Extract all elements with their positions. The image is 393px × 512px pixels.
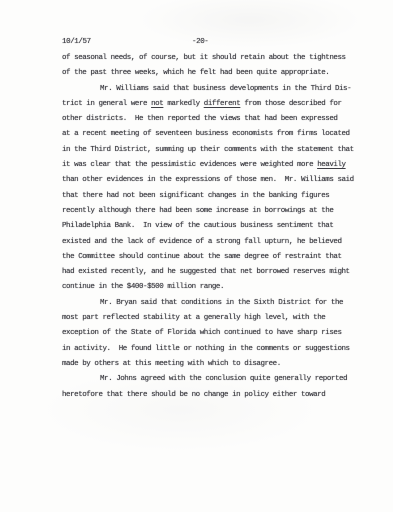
document-line: than other evidences in the expressions …	[62, 173, 362, 188]
line-text: than other evidences in the expressions …	[62, 176, 354, 184]
line-text: from those described for	[240, 100, 341, 108]
line-text: Mr. Johns agreed with the conclusion qui…	[100, 375, 347, 383]
document-line: in the Third District, summing up their …	[62, 143, 362, 158]
document-line: heretofore that there should be no chang…	[62, 388, 362, 403]
document-line: most part reflected stability at a gener…	[62, 311, 362, 326]
document-line: Mr. Williams said that business developm…	[62, 82, 362, 97]
document-line: at a recent meeting of seventeen busines…	[62, 127, 362, 142]
line-text: Philadelphia Bank. In view of the cautio…	[62, 222, 333, 230]
underlined-text: different	[204, 100, 240, 108]
line-text: that there had not been significant chan…	[62, 192, 329, 200]
line-text: the Committee should continue about the …	[62, 253, 342, 261]
line-text: existed and the lack of evidence of a st…	[62, 238, 342, 246]
line-text: Mr. Williams said that business developm…	[100, 85, 351, 93]
line-text: continue in the $400-$500 million range.	[62, 283, 224, 291]
document-line: existed and the lack of evidence of a st…	[62, 235, 362, 250]
document-line: it was clear that the pessimistic eviden…	[62, 158, 362, 173]
document-line: of seasonal needs, of course, but it sho…	[62, 51, 362, 66]
document-page: 10/1/57 -20- of seasonal needs, of cours…	[0, 0, 393, 512]
document-line: Philadelphia Bank. In view of the cautio…	[62, 219, 362, 234]
document-line: of the past three weeks, which he felt h…	[62, 66, 362, 81]
line-text: had existed recently, and he suggested t…	[62, 268, 350, 276]
document-line: continue in the $400-$500 million range.	[62, 280, 362, 295]
line-text: other districts. He then reported the vi…	[62, 115, 337, 123]
line-text: Mr. Bryan said that conditions in the Si…	[100, 299, 343, 307]
document-lines: of seasonal needs, of course, but it sho…	[62, 51, 362, 403]
document-line: made by others at this meeting with whic…	[62, 357, 362, 372]
line-text: it was clear that the pessimistic eviden…	[62, 161, 317, 169]
document-line: exception of the State of Florida which …	[62, 326, 362, 341]
line-text: exception of the State of Florida which …	[62, 329, 342, 337]
line-text: most part reflected stability at a gener…	[62, 314, 325, 322]
line-text: of seasonal needs, of course, but it sho…	[62, 54, 346, 62]
page-date: 10/1/57	[62, 38, 91, 46]
line-text: markedly	[163, 100, 204, 108]
line-text: of the past three weeks, which he felt h…	[62, 69, 329, 77]
document-line: trict in general were not markedly diffe…	[62, 97, 362, 112]
line-text: heretofore that there should be no chang…	[62, 391, 325, 399]
line-text: at a recent meeting of seventeen busines…	[62, 130, 350, 138]
underlined-text: not	[151, 100, 163, 108]
line-text: trict in general were	[62, 100, 151, 108]
document-line: that there had not been significant chan…	[62, 189, 362, 204]
line-text: recently although there had been some in…	[62, 207, 333, 215]
document-line: in activity. He found little or nothing …	[62, 342, 362, 357]
line-text: in activity. He found little or nothing …	[62, 345, 350, 353]
document-line: other districts. He then reported the vi…	[62, 112, 362, 127]
document-line: Mr. Bryan said that conditions in the Si…	[62, 296, 362, 311]
line-text: in the Third District, summing up their …	[62, 146, 354, 154]
document-line: Mr. Johns agreed with the conclusion qui…	[62, 372, 362, 387]
page-number: -20-	[192, 38, 208, 46]
document-line: the Committee should continue about the …	[62, 250, 362, 265]
underlined-text: heavily	[317, 161, 345, 169]
document-line: had existed recently, and he suggested t…	[62, 265, 362, 280]
document-line: recently although there had been some in…	[62, 204, 362, 219]
page-header: 10/1/57 -20-	[62, 38, 353, 50]
line-text: made by others at this meeting with whic…	[62, 360, 281, 368]
